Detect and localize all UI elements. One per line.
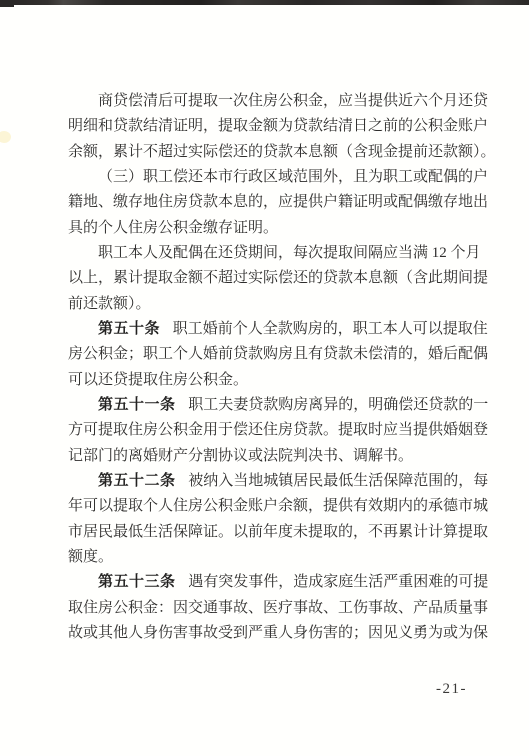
line-text: 余额，累计不超过实际偿还的贷款本息额（含现金提前还款额）。	[68, 144, 496, 160]
line-text: 以上，累计提取金额不超过实际偿还的贷款本息额（含此期间提	[68, 270, 488, 286]
article-number: 第五十一条	[98, 397, 176, 413]
text-line: 房公积金；职工个人婚前贷款购房且有贷款未偿清的，婚后配偶	[68, 342, 470, 367]
paragraph: 第五十一条职工夫妻贷款购房离异的，明确偿还贷款的一方可提取住房公积金用于偿还住房…	[68, 393, 470, 469]
text-line: 籍地、缴存地住房贷款本息的，应提供户籍证明或配偶缴存地出	[68, 190, 470, 215]
text-line: 第五十二条被纳入当地城镇居民最低生活保障范围的，每	[68, 469, 470, 494]
text-line: 职工本人及配偶在还贷期间，每次提取间隔应当满 12 个月	[68, 241, 470, 266]
line-text: 具的个人住房公积金缴存证明。	[68, 220, 278, 236]
line-text: 年可以提取个人住房公积金账户余额，提供有效期内的承德市城	[68, 498, 488, 514]
scan-smudge-artifact	[0, 131, 11, 143]
line-text: 房公积金；职工个人婚前贷款购房且有贷款未偿清的，婚后配偶	[68, 346, 488, 362]
text-line: （三）职工偿还本市行政区域范围外，且为职工或配偶的户	[68, 165, 470, 190]
text-line: 余额，累计不超过实际偿还的贷款本息额（含现金提前还款额）。	[68, 140, 470, 165]
line-text: 记部门的离婚财产分割协议或法院判决书、调解书。	[68, 448, 413, 464]
paragraph: （三）职工偿还本市行政区域范围外，且为职工或配偶的户籍地、缴存地住房贷款本息的，…	[68, 165, 470, 241]
line-text: 可以还贷提取住房公积金。	[68, 372, 248, 388]
text-line: 可以还贷提取住房公积金。	[68, 368, 470, 393]
text-line: 年可以提取个人住房公积金账户余额，提供有效期内的承德市城	[68, 494, 470, 519]
text-line: 具的个人住房公积金缴存证明。	[68, 216, 470, 241]
line-text: 市居民最低生活保障证。以前年度未提取的，不再累计计算提取	[68, 524, 488, 540]
text-line: 取住房公积金：因交通事故、医疗事故、工伤事故、产品质量事	[68, 596, 470, 621]
paragraph: 第五十条职工婚前个人全款购房的，职工本人可以提取住房公积金；职工个人婚前贷款购房…	[68, 317, 470, 393]
text-line: 商贷偿清后可提取一次住房公积金，应当提供近六个月还贷	[68, 89, 470, 114]
line-text: 故或其他人身伤害事故受到严重人身伤害的；因见义勇为或为保	[68, 625, 488, 641]
line-text: 遇有突发事件，造成家庭生活严重困难的可提	[188, 574, 488, 590]
line-text: 商贷偿清后可提取一次住房公积金，应当提供近六个月还贷	[98, 93, 488, 109]
line-text: 额度。	[68, 549, 113, 565]
text-line: 市居民最低生活保障证。以前年度未提取的，不再累计计算提取	[68, 520, 470, 545]
article-number: 第五十三条	[98, 574, 176, 590]
article-number: 第五十二条	[98, 473, 176, 489]
line-text: 职工夫妻贷款购房离异的，明确偿还贷款的一	[188, 397, 488, 413]
text-line: 方可提取住房公积金用于偿还住房贷款。提取时应当提供婚姻登	[68, 418, 470, 443]
scan-edge-notch	[0, 0, 14, 7]
text-line: 第五十条职工婚前个人全款购房的，职工本人可以提取住	[68, 317, 470, 342]
line-text: 籍地、缴存地住房贷款本息的，应提供户籍证明或配偶缴存地出	[68, 194, 488, 210]
text-line: 第五十三条遇有突发事件，造成家庭生活严重困难的可提	[68, 570, 470, 595]
text-line: 第五十一条职工夫妻贷款购房离异的，明确偿还贷款的一	[68, 393, 470, 418]
page-number: -21-	[436, 681, 467, 698]
scanned-page: 商贷偿清后可提取一次住房公积金，应当提供近六个月还贷明细和贷款结清证明，提取金额…	[0, 0, 529, 756]
text-line: 以上，累计提取金额不超过实际偿还的贷款本息额（含此期间提	[68, 266, 470, 291]
line-text: （三）职工偿还本市行政区域范围外，且为职工或配偶的户	[98, 169, 488, 185]
line-text: 职工本人及配偶在还贷期间，每次提取间隔应当满 12 个月	[98, 245, 481, 261]
line-text: 职工婚前个人全款购房的，职工本人可以提取住	[173, 321, 488, 337]
line-text: 明细和贷款结清证明，提取金额为贷款结清日之前的公积金账户	[68, 118, 488, 134]
paragraph: 第五十二条被纳入当地城镇居民最低生活保障范围的，每年可以提取个人住房公积金账户余…	[68, 469, 470, 570]
document-body: 商贷偿清后可提取一次住房公积金，应当提供近六个月还贷明细和贷款结清证明，提取金额…	[68, 89, 470, 646]
text-line: 明细和贷款结清证明，提取金额为贷款结清日之前的公积金账户	[68, 114, 470, 139]
text-line: 记部门的离婚财产分割协议或法院判决书、调解书。	[68, 444, 470, 469]
line-text: 前还款额）。	[68, 296, 151, 312]
text-line: 故或其他人身伤害事故受到严重人身伤害的；因见义勇为或为保	[68, 621, 470, 646]
text-line: 前还款额）。	[68, 292, 470, 317]
line-text: 被纳入当地城镇居民最低生活保障范围的，每	[188, 473, 488, 489]
paragraph: 商贷偿清后可提取一次住房公积金，应当提供近六个月还贷明细和贷款结清证明，提取金额…	[68, 89, 470, 165]
paragraph: 职工本人及配偶在还贷期间，每次提取间隔应当满 12 个月以上，累计提取金额不超过…	[68, 241, 470, 317]
article-number: 第五十条	[98, 321, 160, 337]
paragraph: 第五十三条遇有突发事件，造成家庭生活严重困难的可提取住房公积金：因交通事故、医疗…	[68, 570, 470, 646]
scan-edge-artifact	[0, 0, 529, 5]
text-line: 额度。	[68, 545, 470, 570]
line-text: 方可提取住房公积金用于偿还住房贷款。提取时应当提供婚姻登	[68, 422, 488, 438]
line-text: 取住房公积金：因交通事故、医疗事故、工伤事故、产品质量事	[68, 600, 488, 616]
